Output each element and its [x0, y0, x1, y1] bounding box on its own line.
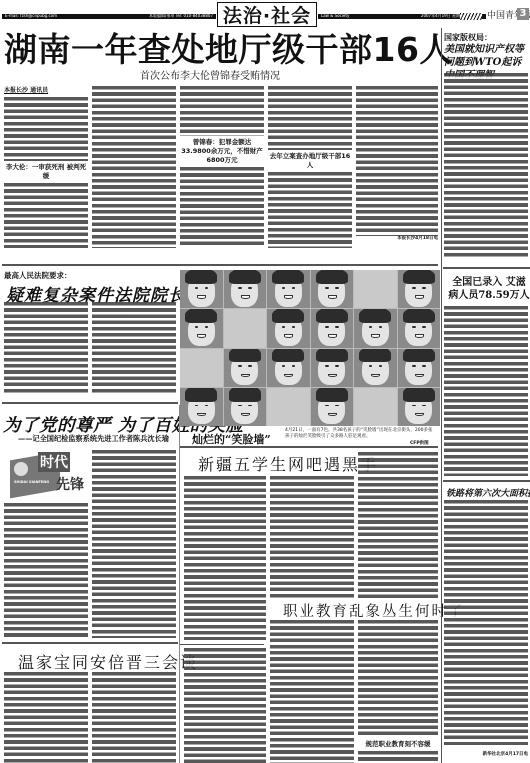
- court-col-2: [92, 302, 176, 394]
- child-face-tile: [180, 309, 223, 347]
- vocational-col-1: [184, 648, 266, 763]
- hair: [316, 309, 348, 323]
- smile: [284, 334, 293, 337]
- eye: [325, 326, 328, 328]
- body-text: [4, 183, 88, 248]
- eye: [422, 287, 425, 289]
- hair: [229, 349, 261, 363]
- wen-col-1: [4, 672, 88, 763]
- divider: [180, 446, 438, 448]
- issue-date: 2007年4月19日 星期四: [421, 13, 464, 19]
- railway-body: [444, 500, 528, 745]
- child-face-tile: [398, 349, 441, 387]
- lead-dateline: 本报长沙4月18日电: [356, 236, 438, 242]
- blank-tile: [224, 309, 267, 347]
- eye: [238, 287, 241, 289]
- wen-headline: 温家宝同安倍晋三会谈: [18, 650, 198, 673]
- hair: [359, 309, 391, 323]
- logo-word-1: 时代: [38, 452, 70, 472]
- hair: [229, 388, 261, 402]
- copyright-kicker: 国家版权局：: [444, 32, 492, 43]
- vocational-headline: 职业教育乱象丛生何时了: [283, 600, 465, 621]
- smile: [241, 295, 250, 298]
- railway-dateline: 新华社北京4月17日电: [444, 752, 528, 758]
- lead-col-1: 本报长沙 通讯员 李大伦：一审获死刑 被判死缓: [4, 86, 88, 248]
- column-rule: [179, 405, 180, 763]
- child-face-tile: [311, 309, 354, 347]
- body-text: [356, 86, 438, 236]
- body-text: [184, 476, 266, 598]
- railway-headline: 铁路将第六次大面积提速: [446, 486, 530, 499]
- hair: [229, 270, 261, 284]
- hair: [403, 270, 435, 284]
- photo-headline: 灿烂的“笑脸墙”: [192, 431, 271, 447]
- body-text: [444, 500, 528, 745]
- eye: [335, 326, 338, 328]
- divider: [2, 264, 180, 266]
- xinjiang-col-2: [270, 476, 354, 598]
- party-col-1: [4, 503, 88, 638]
- smile: [284, 295, 293, 298]
- email-label: E-mail: fzsh@cnpubg.com: [5, 13, 57, 19]
- body-text: [92, 450, 176, 638]
- child-face-tile: [180, 270, 223, 308]
- hair: [359, 349, 391, 363]
- lead-col-3: 曾锦春：犯罪金额达 33.9800余万元，不惜财产 6800万元: [180, 86, 264, 248]
- section-en-label: Law & Society: [321, 13, 349, 19]
- smile: [328, 295, 337, 298]
- eye: [292, 287, 295, 289]
- body-text: [4, 672, 88, 763]
- blank-tile: [354, 388, 397, 426]
- aids-headline: 全国已录入 艾滋病人员78.59万人: [448, 276, 530, 302]
- hair: [272, 309, 304, 323]
- vocational-col-3: 规范职业教育刻不容缓: [358, 620, 438, 763]
- child-face-tile: [398, 270, 441, 308]
- child-face-tile: [398, 388, 441, 426]
- lead-subhead-1: 李大伦：一审获死刑 被判死缓: [4, 161, 88, 183]
- body-text: [444, 73, 528, 259]
- blank-tile: [180, 349, 223, 387]
- logo-word-2: 先锋: [56, 474, 84, 494]
- editor-label: 本版编辑/邢卓 Tel: 010-84038807: [149, 13, 213, 19]
- divider: [2, 642, 178, 644]
- body-text: [270, 620, 354, 763]
- smile: [328, 334, 337, 337]
- eye: [422, 326, 425, 328]
- xinjiang-col-1: [184, 476, 266, 598]
- hair: [316, 388, 348, 402]
- body-text: [92, 302, 176, 394]
- hair: [403, 388, 435, 402]
- photo-caption: 4月21日，一面有7色、共38名孩子的“笑脸墙”出现在北京街头，200多张孩子的…: [285, 428, 435, 440]
- shidai-xianfeng-logo: 时代 先锋 SHIDAI XIANFENG: [8, 450, 90, 500]
- smile: [415, 334, 424, 337]
- lead-col-5: 本报长沙4月18日电: [356, 86, 438, 248]
- body-text: [444, 306, 528, 476]
- eye: [412, 326, 415, 328]
- child-face-tile: [354, 309, 397, 347]
- eye: [195, 287, 198, 289]
- eye: [248, 287, 251, 289]
- lead-subtitle: 首次公布李大伦曾锦春受贿情况: [140, 71, 280, 83]
- section-title: 法治·社会: [217, 2, 317, 27]
- child-face-tile: [311, 270, 354, 308]
- child-face-tile: [180, 388, 223, 426]
- body-text: [92, 672, 176, 763]
- body-text: [92, 86, 176, 248]
- divider: [180, 264, 438, 266]
- eye: [205, 326, 208, 328]
- vocational-col-2: [270, 620, 354, 763]
- body-text: [184, 600, 266, 640]
- hair: [185, 270, 217, 284]
- child-face-tile: [224, 270, 267, 308]
- eye: [412, 287, 415, 289]
- right-column-rule: [441, 28, 442, 763]
- xinjiang-col-3: [358, 452, 438, 598]
- lead-subhead-3: 去年立案查办地厅级干部16人: [268, 150, 352, 172]
- child-face-tile: [311, 388, 354, 426]
- xinjiang-headline: 新疆五学生网吧遇黑手: [198, 452, 378, 475]
- smile: [371, 334, 380, 337]
- vocational-subhead: 规范职业教育刻不容缓: [358, 738, 438, 751]
- body-text: [268, 172, 352, 248]
- child-face-tile: [354, 349, 397, 387]
- eye: [292, 326, 295, 328]
- child-face-tile: [224, 349, 267, 387]
- hair: [403, 349, 435, 363]
- child-face-tile: [267, 349, 310, 387]
- body-text: [270, 476, 354, 598]
- body-text: [268, 86, 352, 150]
- hair: [316, 349, 348, 363]
- page-number: 3: [517, 8, 529, 20]
- body-text: [358, 751, 438, 763]
- body-text: [184, 648, 266, 763]
- body-text: [4, 97, 88, 161]
- smile-wall-photo: [180, 270, 440, 426]
- aids-body: [444, 306, 528, 476]
- blank-tile: [267, 388, 310, 426]
- copyright-body: [444, 73, 528, 259]
- hatch-decoration: [460, 13, 482, 20]
- court-col-1: [4, 302, 88, 394]
- smile: [197, 295, 206, 298]
- hair: [185, 309, 217, 323]
- eye: [282, 287, 285, 289]
- court-kicker: 最高人民法院要求：: [4, 270, 72, 281]
- lead-col-4: 去年立案查办地厅级干部16人: [268, 86, 352, 248]
- party-emblem-icon: [14, 462, 28, 476]
- eye: [335, 287, 338, 289]
- hair: [403, 309, 435, 323]
- child-face-tile: [267, 309, 310, 347]
- body-text: [4, 302, 88, 394]
- logo-en: SHIDAI XIANFENG: [14, 480, 49, 484]
- body-text: [180, 86, 264, 136]
- lead-byline: 本报长沙 通讯员: [4, 86, 88, 95]
- divider: [443, 480, 530, 482]
- party-subtitle: ——记全国纪检监察系统先进工作者陈兵沈长瑜: [18, 434, 169, 444]
- hair: [316, 270, 348, 284]
- masthead: E-mail: fzsh@cnpubg.com 本版编辑/邢卓 Tel: 010…: [0, 0, 530, 28]
- child-face-tile: [224, 388, 267, 426]
- child-face-tile: [398, 309, 441, 347]
- hair: [272, 270, 304, 284]
- divider: [180, 644, 264, 645]
- child-face-tile: [311, 349, 354, 387]
- lead-headline: 湖南一年查处地厅级干部16人: [4, 30, 436, 70]
- eye: [379, 326, 382, 328]
- party-col-2: [92, 450, 176, 638]
- body-text: [358, 452, 438, 598]
- hair: [272, 349, 304, 363]
- body-text: [4, 503, 88, 638]
- masthead-left-bar: E-mail: fzsh@cnpubg.com 本版编辑/邢卓 Tel: 010…: [2, 14, 216, 19]
- lead-subhead-2: 曾锦春：犯罪金额达 33.9800余万元，不惜财产 6800万元: [180, 136, 264, 167]
- body-text: [180, 167, 264, 247]
- smile: [415, 295, 424, 298]
- divider: [443, 267, 530, 269]
- eye: [205, 287, 208, 289]
- lead-col-2: [92, 86, 176, 248]
- hair: [185, 388, 217, 402]
- divider: [2, 402, 178, 404]
- body-text: [358, 620, 438, 738]
- smile: [197, 334, 206, 337]
- wen-col-2: [92, 672, 176, 763]
- xinjiang-col-1-tail: [184, 600, 266, 640]
- blank-tile: [354, 270, 397, 308]
- child-face-tile: [267, 270, 310, 308]
- eye: [325, 287, 328, 289]
